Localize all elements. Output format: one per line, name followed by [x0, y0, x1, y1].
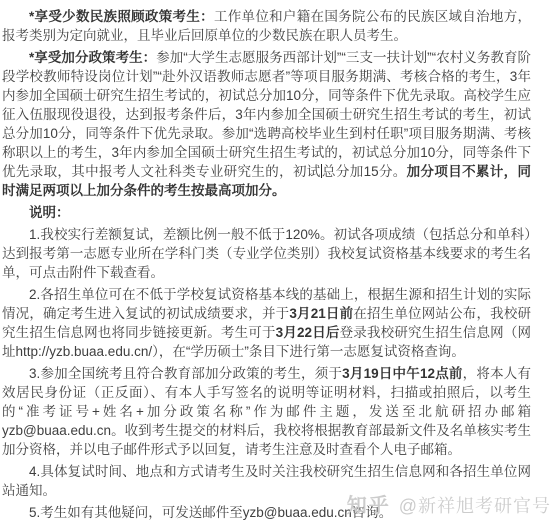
bold-text-segment: 3月22日后 — [276, 325, 340, 340]
body-text-segment: 5.考生如有其他疑问，可发送邮件至yzb@buaa.edu.cn咨询。 — [29, 505, 392, 520]
zhihu-logo: 知乎 — [347, 495, 391, 517]
bold-text-segment: *享受少数民族照顾政策考生： — [29, 9, 214, 24]
body-text-segment: 1.我校实行差额复试，差额比例一般不低于120%。初试各项成绩（包括总分和单科）… — [2, 227, 531, 280]
body-text-segment: 3.参加全国统考且符合教育部加分政策的考生，须于 — [29, 366, 342, 381]
bold-text-segment: 3月19日中午12点前 — [342, 366, 462, 381]
body-text-segment: 总分加15分。 — [322, 164, 407, 179]
paragraph-minority-policy: *享受少数民族照顾政策考生：工作单位和户籍在国务院公布的民族区域自治地方，报考类… — [2, 7, 531, 45]
paragraph-note-3: 3.参加全国统考且符合教育部加分政策的考生，须于3月19日中午12点前，将本人有… — [2, 364, 531, 459]
paragraph-bonus-policy: *享受加分政策考生：参加“大学生志愿服务西部计划”“三支一扶计划”“农村义务教育… — [2, 48, 531, 200]
bold-text-segment: 说明： — [29, 205, 70, 220]
bold-text-segment: *享受加分政策考生： — [29, 50, 156, 65]
document-body[interactable]: *享受少数民族照顾政策考生：工作单位和户籍在国务院公布的民族区域自治地方，报考类… — [2, 7, 531, 522]
bold-text-segment: 3月21日前 — [289, 306, 353, 321]
watermark-handle: @新祥旭考研官号 — [399, 496, 551, 516]
paragraph-note-2: 2.各招生单位可在不低于学校复试资格基本线的基础上，根据生源和招生计划的实际情况… — [2, 285, 531, 361]
body-text-segment: 参加“大学生志愿服务西部计划”“三支一扶计划”“农村义务教育阶段学校教师特设岗位… — [2, 50, 531, 179]
paragraph-notes-heading: 说明： — [2, 203, 531, 222]
document-page: *享受少数民族照顾政策考生：工作单位和户籍在国务院公布的民族区域自治地方，报考类… — [0, 0, 557, 524]
watermark: 知乎@新祥旭考研官号 — [347, 489, 551, 518]
paragraph-note-1: 1.我校实行差额复试，差额比例一般不低于120%。初试各项成绩（包括总分和单科）… — [2, 225, 531, 282]
